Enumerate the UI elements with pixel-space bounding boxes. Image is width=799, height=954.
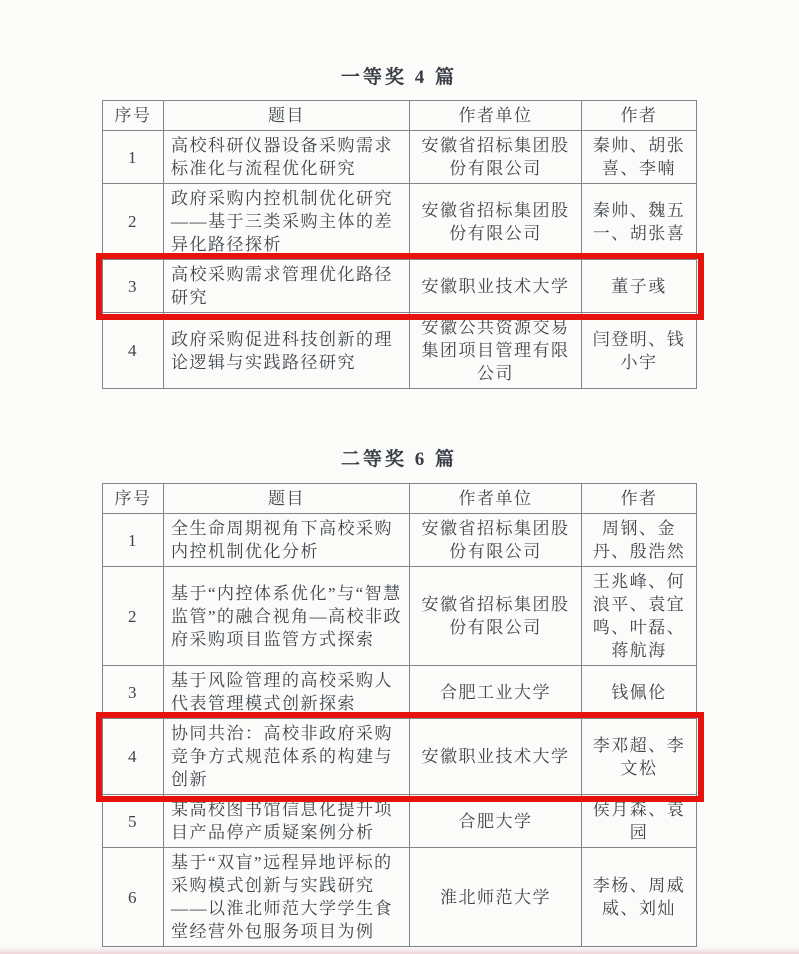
award-section-second-prize: 二等奖 6 篇 序号 题目 作者单位 作者 1 全生命周期视角下高校采购内控机制…	[102, 444, 696, 947]
col-header-author: 作者	[582, 101, 697, 131]
affiliation-cell: 安徽公共资源交易集团项目管理有限公司	[410, 313, 582, 389]
authors-cell: 李杨、周威威、刘灿	[582, 848, 697, 947]
paper-title-cell: 基于“内控体系优化”与“智慧监管”的融合视角—高校非政府采购项目监管方式探索	[164, 567, 410, 666]
authors-cell: 周钢、金丹、殷浩然	[582, 514, 697, 567]
col-header-index: 序号	[103, 484, 164, 514]
affiliation-cell: 安徽省招标集团股份有限公司	[410, 131, 582, 184]
authors-cell: 董子彧	[582, 260, 697, 313]
table-row: 2 政府采购内控机制优化研究——基于三类采购主体的差异化路径探析 安徽省招标集团…	[103, 184, 697, 260]
table-row: 5 某高校图书馆信息化提升项目产品停产质疑案例分析 合肥大学 侯月森、袁园	[103, 795, 697, 848]
index-cell: 2	[103, 567, 164, 666]
section-title: 一等奖 4 篇	[102, 62, 696, 89]
table-row: 1 全生命周期视角下高校采购内控机制优化分析 安徽省招标集团股份有限公司 周钢、…	[103, 514, 697, 567]
document-content: 一等奖 4 篇 序号 题目 作者单位 作者 1 高校科研仪器设备采购需求标准化与…	[102, 0, 696, 947]
index-cell: 3	[103, 260, 164, 313]
col-header-index: 序号	[103, 101, 164, 131]
authors-cell: 李邓超、李文松	[582, 719, 697, 795]
section-title: 二等奖 6 篇	[102, 444, 696, 471]
col-header-title: 题目	[164, 101, 410, 131]
affiliation-cell: 合肥大学	[410, 795, 582, 848]
index-cell: 6	[103, 848, 164, 947]
paper-title-cell: 高校科研仪器设备采购需求标准化与流程优化研究	[164, 131, 410, 184]
paper-title-cell: 基于风险管理的高校采购人代表管理模式创新探索	[164, 666, 410, 719]
authors-cell: 王兆峰、何浪平、袁宜鸣、叶磊、蒋航海	[582, 567, 697, 666]
affiliation-cell: 安徽职业技术大学	[410, 260, 582, 313]
index-cell: 4	[103, 719, 164, 795]
table-row: 6 基于“双盲”远程异地评标的采购模式创新与实践研究——以淮北师范大学学生食堂经…	[103, 848, 697, 947]
table-row-highlighted: 4 协同共治：高校非政府采购竞争方式规范体系的构建与创新 安徽职业技术大学 李邓…	[103, 719, 697, 795]
index-cell: 5	[103, 795, 164, 848]
affiliation-cell: 安徽省招标集团股份有限公司	[410, 184, 582, 260]
index-cell: 2	[103, 184, 164, 260]
affiliation-cell: 安徽省招标集团股份有限公司	[410, 514, 582, 567]
affiliation-cell: 安徽职业技术大学	[410, 719, 582, 795]
affiliation-cell: 淮北师范大学	[410, 848, 582, 947]
col-header-author: 作者	[582, 484, 697, 514]
authors-cell: 闫登明、钱小宇	[582, 313, 697, 389]
index-cell: 4	[103, 313, 164, 389]
first-prize-table: 序号 题目 作者单位 作者 1 高校科研仪器设备采购需求标准化与流程优化研究 安…	[102, 100, 697, 389]
index-cell: 1	[103, 131, 164, 184]
index-cell: 3	[103, 666, 164, 719]
table-row-highlighted: 3 高校采购需求管理优化路径研究 安徽职业技术大学 董子彧	[103, 260, 697, 313]
table-header-row: 序号 题目 作者单位 作者	[103, 101, 697, 131]
paper-title-cell: 政府采购内控机制优化研究——基于三类采购主体的差异化路径探析	[164, 184, 410, 260]
award-section-first-prize: 一等奖 4 篇 序号 题目 作者单位 作者 1 高校科研仪器设备采购需求标准化与…	[102, 62, 696, 389]
paper-title-cell: 协同共治：高校非政府采购竞争方式规范体系的构建与创新	[164, 719, 410, 795]
authors-cell: 钱佩伦	[582, 666, 697, 719]
authors-cell: 秦帅、魏五一、胡张喜	[582, 184, 697, 260]
col-header-affiliation: 作者单位	[410, 484, 582, 514]
authors-cell: 侯月森、袁园	[582, 795, 697, 848]
table-row: 3 基于风险管理的高校采购人代表管理模式创新探索 合肥工业大学 钱佩伦	[103, 666, 697, 719]
paper-title-cell: 全生命周期视角下高校采购内控机制优化分析	[164, 514, 410, 567]
paper-title-cell: 基于“双盲”远程异地评标的采购模式创新与实践研究——以淮北师范大学学生食堂经营外…	[164, 848, 410, 947]
authors-cell: 秦帅、胡张喜、李喃	[582, 131, 697, 184]
col-header-affiliation: 作者单位	[410, 101, 582, 131]
index-cell: 1	[103, 514, 164, 567]
second-prize-table: 序号 题目 作者单位 作者 1 全生命周期视角下高校采购内控机制优化分析 安徽省…	[102, 483, 697, 947]
table-row: 4 政府采购促进科技创新的理论逻辑与实践路径研究 安徽公共资源交易集团项目管理有…	[103, 313, 697, 389]
paper-title-cell: 政府采购促进科技创新的理论逻辑与实践路径研究	[164, 313, 410, 389]
affiliation-cell: 安徽省招标集团股份有限公司	[410, 567, 582, 666]
scanned-document-page: 一等奖 4 篇 序号 题目 作者单位 作者 1 高校科研仪器设备采购需求标准化与…	[0, 0, 799, 954]
col-header-title: 题目	[164, 484, 410, 514]
paper-title-cell: 某高校图书馆信息化提升项目产品停产质疑案例分析	[164, 795, 410, 848]
paper-title-cell: 高校采购需求管理优化路径研究	[164, 260, 410, 313]
scan-edge-tint	[0, 947, 799, 954]
table-row: 1 高校科研仪器设备采购需求标准化与流程优化研究 安徽省招标集团股份有限公司 秦…	[103, 131, 697, 184]
table-header-row: 序号 题目 作者单位 作者	[103, 484, 697, 514]
affiliation-cell: 合肥工业大学	[410, 666, 582, 719]
table-row: 2 基于“内控体系优化”与“智慧监管”的融合视角—高校非政府采购项目监管方式探索…	[103, 567, 697, 666]
